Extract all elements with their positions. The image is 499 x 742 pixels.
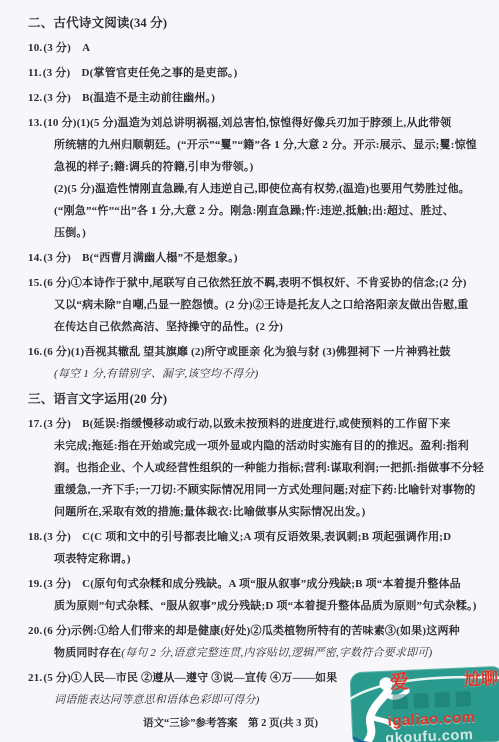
watermark-logo: 爱 尬聊 igaliao.com qkoufu.com <box>349 666 499 742</box>
answer-text: (6 分)示例:①给人们带来的却是健康(好处)②瓜类植物所特有的苦味素③(如果)… <box>43 625 460 637</box>
answer-line-13-cont: 所统辖的九州归顺朝廷。(“开示”“矍”“籍”各 1 分,大意 2 分。开示:展示… <box>28 134 493 156</box>
answer-text: (3 分) C(原句句式杂糅和成分残缺。A 项“服从叙事”成分残缺;B 项“本着… <box>43 578 461 590</box>
answer-line-17-cont: 未完成;拖延:指在开始或完成一项外显或内隐的活动时实施有目的的推迟。盈利:指利 <box>28 435 493 457</box>
watermark-site-gray: qkoufu.com <box>385 727 474 742</box>
answer-line-20-scoring-note: (每句 2 分,语意完整连贯,内容贴切,逻辑严密,字数符合要求即可) <box>121 647 432 659</box>
question-number: 10. <box>28 42 43 54</box>
answer-text: (3 分) B(延误:指缓慢移动或行动,以致未按预料的进度进行,或使预料的工作留… <box>43 418 450 430</box>
answer-line-15-cont: 又以“病未除”自嘲,凸显一腔怨愤。(2 分)②王诗是托友人之口给洛阳亲友做出告慰… <box>28 294 493 316</box>
answer-text: (3 分) B(“西曹月满幽人榻”不是想象。) <box>43 252 237 264</box>
watermark-brand-left: 爱 <box>389 672 409 695</box>
answer-line-16-scoring-note: (每空 1 分,有错别字、漏字,该空均不得分) <box>28 363 493 385</box>
answer-line-18-cont: 项表特定称谓。) <box>28 548 493 570</box>
watermark-brand-right: 尬聊 <box>463 668 498 691</box>
answer-line-13-cont: (“刚急”“忤”“出”各 1 分,大意 2 分。刚急:刚直急躁;忤:违逆,抵触;… <box>28 200 493 222</box>
answer-line-15: 15.(6 分)①本诗作于狱中,尾联写自己依然狂放不羁,表明不惧权奸、不肯妥协的… <box>28 272 493 294</box>
question-number: 12. <box>28 92 43 104</box>
answer-text: (3 分) B(温造不是主动前往幽州。) <box>43 92 215 104</box>
answer-line-20-cont: 物质同时存在(每句 2 分,语意完整连贯,内容贴切,逻辑严密,字数符合要求即可) <box>28 642 493 664</box>
answer-text: (3 分) D(掌管官吏任免之事的是吏部。) <box>43 67 238 79</box>
answer-line-11: 11.(3 分) D(掌管官吏任免之事的是吏部。) <box>28 62 493 84</box>
answer-line-19-cont: 质为原则”句式杂糅、“服从叙事”成分残缺;D 项“本着提升整体品质为原则”句式杂… <box>28 595 493 617</box>
answer-text: (3 分) A <box>43 42 90 54</box>
question-number: 16. <box>28 346 43 358</box>
answer-line-18: 18.(3 分) C(C 项和文中的引号都表比喻义;A 项有反语效果,表讽刺;B… <box>28 526 493 548</box>
question-number: 20. <box>28 625 43 637</box>
question-number: 11. <box>28 67 43 79</box>
question-number: 18. <box>28 531 43 543</box>
question-number: 19. <box>28 578 43 590</box>
answer-text: (3 分) C(C 项和文中的引号都表比喻义;A 项有反语效果,表讽刺;B 项起… <box>43 531 451 543</box>
answer-line-13-cont: 急视的样子;籍:调兵的符籍,引申为带领。) <box>28 156 493 178</box>
question-number: 17. <box>28 418 43 430</box>
answer-line-15-cont: 在传达自己依然高洁、坚持操守的品性。(2 分) <box>28 316 493 338</box>
answer-line-17-cont: 重缓急,一齐下手;一刀切:不顾实际情况用同一方式处理问题;对症下药:比喻针对事物… <box>28 479 493 501</box>
answer-text: (10 分)(1)(5 分)温造为刘总讲明祸福,刘总害怕,惊惶得好像兵刃加于脖颈… <box>43 117 451 129</box>
answer-line-16: 16.(6 分)(1)吾视其辙乱 望其旗靡 (2)所守或匪亲 化为狼与豺 (3)… <box>28 341 493 363</box>
answer-line-13-cont: 压倒。) <box>28 222 493 244</box>
answer-text: (6 分)①本诗作于狱中,尾联写自己依然狂放不羁,表明不惧权奸、不肯妥协的信念;… <box>43 277 466 289</box>
answer-line-13: 13.(10 分)(1)(5 分)温造为刘总讲明祸福,刘总害怕,惊惶得好像兵刃加… <box>28 112 493 134</box>
answer-text: 物质同时存在 <box>54 647 121 659</box>
question-number: 15. <box>28 277 43 289</box>
section-heading-ancient-poetry: 二、古代诗文阅读(34 分) <box>28 12 493 34</box>
answer-line-10: 10.(3 分) A <box>28 37 493 59</box>
answer-line-17-cont: 润。也指企业、个人或经营性组织的一种能力指标;营利:谋取利润;一把抓:指做事不分… <box>28 457 493 479</box>
question-number: 14. <box>28 252 43 264</box>
section-heading-language-use: 三、语言文字运用(20 分) <box>28 388 493 410</box>
answer-document: 二、古代诗文阅读(34 分) 10.(3 分) A 11.(3 分) D(掌管官… <box>0 0 499 730</box>
answer-line-14: 14.(3 分) B(“西曹月满幽人榻”不是想象。) <box>28 247 493 269</box>
question-number: 13. <box>28 117 43 129</box>
watermark-brand-row: 爱 尬聊 <box>389 668 498 695</box>
answer-line-19: 19.(3 分) C(原句句式杂糅和成分残缺。A 项“服从叙事”成分残缺;B 项… <box>28 573 493 595</box>
answer-line-17: 17.(3 分) B(延误:指缓慢移动或行动,以致未按预料的进度进行,或使预料的… <box>28 413 493 435</box>
answer-line-17-cont: 问题所在,采取有效的措施;量体裁衣:比喻做事从实际情况出发。) <box>28 501 493 523</box>
answer-text: (5 分)①人民—市民 ②遵从—遵守 ③说—宣传 ④万——如果 <box>43 672 337 684</box>
answer-line-13-part2: (2)(5 分)温造性情刚直急躁,有人违逆自己,即使位高有权势,(温造)也要用气… <box>28 178 493 200</box>
question-number: 21. <box>28 672 43 684</box>
answer-text: (6 分)(1)吾视其辙乱 望其旗靡 (2)所守或匪亲 化为狼与豺 (3)佛狸祠… <box>43 346 450 358</box>
scanned-answer-sheet-page: { "doc": { "lines": [ {"text": "二、古代诗文阅读… <box>0 0 499 742</box>
answer-line-20: 20.(6 分)示例:①给人们带来的却是健康(好处)②瓜类植物所特有的苦味素③(… <box>28 620 493 642</box>
answer-line-12: 12.(3 分) B(温造不是主动前往幽州。) <box>28 87 493 109</box>
